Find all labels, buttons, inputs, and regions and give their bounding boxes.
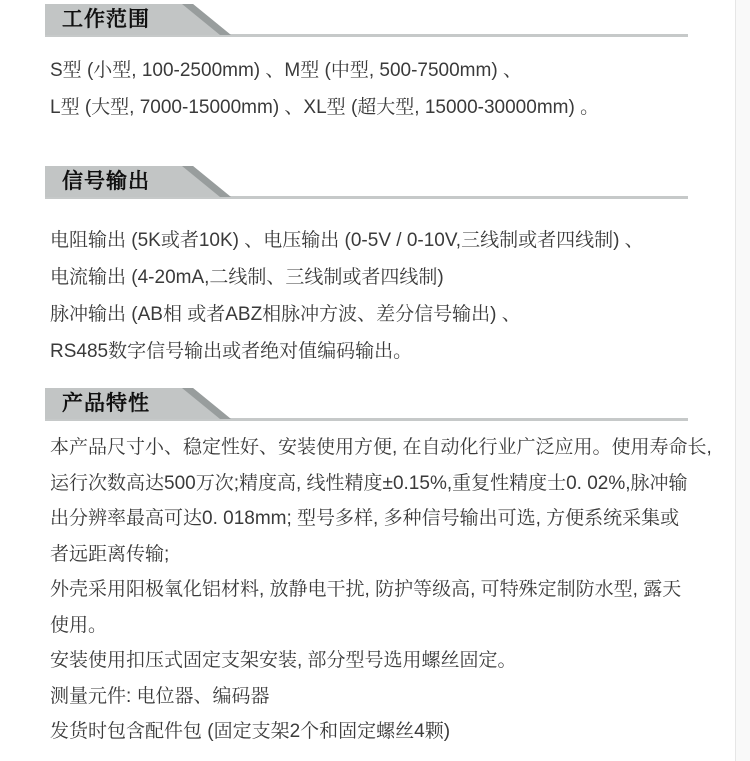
text-line: 脉冲输出 (AB相 或者ABZ相脉冲方波、差分信号输出) 、 bbox=[50, 296, 644, 333]
text-line: S型 (小型, 100-2500mm) 、M型 (中型, 500-7500mm)… bbox=[50, 52, 599, 89]
section-banner-working-range: 工作范围 bbox=[45, 4, 705, 38]
section-title-working-range: 工作范围 bbox=[62, 4, 150, 35]
text-line: 外壳采用阳极氧化铝材料, 放静电干扰, 防护等级高, 可特殊定制防水型, 露天 bbox=[50, 572, 712, 608]
signal-output-text: 电阻输出 (5K或者10K) 、电压输出 (0-5V / 0-10V,三线制或者… bbox=[50, 222, 644, 370]
text-line: 安装使用扣压式固定支架安装, 部分型号选用螺丝固定。 bbox=[50, 643, 712, 679]
text-line: RS485数字信号输出或者绝对值编码输出。 bbox=[50, 333, 644, 370]
text-line: 出分辨率最高可达0. 018mm; 型号多样, 多种信号输出可选, 方便系统采集… bbox=[50, 501, 712, 537]
section-title-product-features: 产品特性 bbox=[62, 388, 150, 419]
text-line: 使用。 bbox=[50, 608, 712, 644]
section-banner-signal-output: 信号输出 bbox=[45, 166, 705, 200]
page-edge-strip bbox=[735, 0, 750, 761]
text-line: 发货时包含配件包 (固定支架2个和固定螺丝4颗) bbox=[50, 714, 712, 750]
text-line: 本产品尺寸小、稳定性好、安装使用方便, 在自动化行业广泛应用。使用寿命长, bbox=[50, 430, 712, 466]
text-line: 电阻输出 (5K或者10K) 、电压输出 (0-5V / 0-10V,三线制或者… bbox=[50, 222, 644, 259]
text-line: 运行次数高达500万次;精度高, 线性精度±0.15%,重复性精度士0. 02%… bbox=[50, 466, 712, 502]
text-line: 测量元件: 电位器、编码器 bbox=[50, 679, 712, 715]
section-title-signal-output: 信号输出 bbox=[62, 166, 150, 197]
text-line: 电流输出 (4-20mA,二线制、三线制或者四线制) bbox=[50, 259, 644, 296]
section-banner-product-features: 产品特性 bbox=[45, 388, 705, 422]
working-range-text: S型 (小型, 100-2500mm) 、M型 (中型, 500-7500mm)… bbox=[50, 52, 599, 126]
product-features-text: 本产品尺寸小、稳定性好、安装使用方便, 在自动化行业广泛应用。使用寿命长, 运行… bbox=[50, 430, 712, 750]
text-line: L型 (大型, 7000-15000mm) 、XL型 (超大型, 15000-3… bbox=[50, 89, 599, 126]
product-spec-page: { "page": { "language": "zh-CN", "colors… bbox=[0, 0, 750, 761]
text-line: 者远距离传输; bbox=[50, 537, 712, 573]
